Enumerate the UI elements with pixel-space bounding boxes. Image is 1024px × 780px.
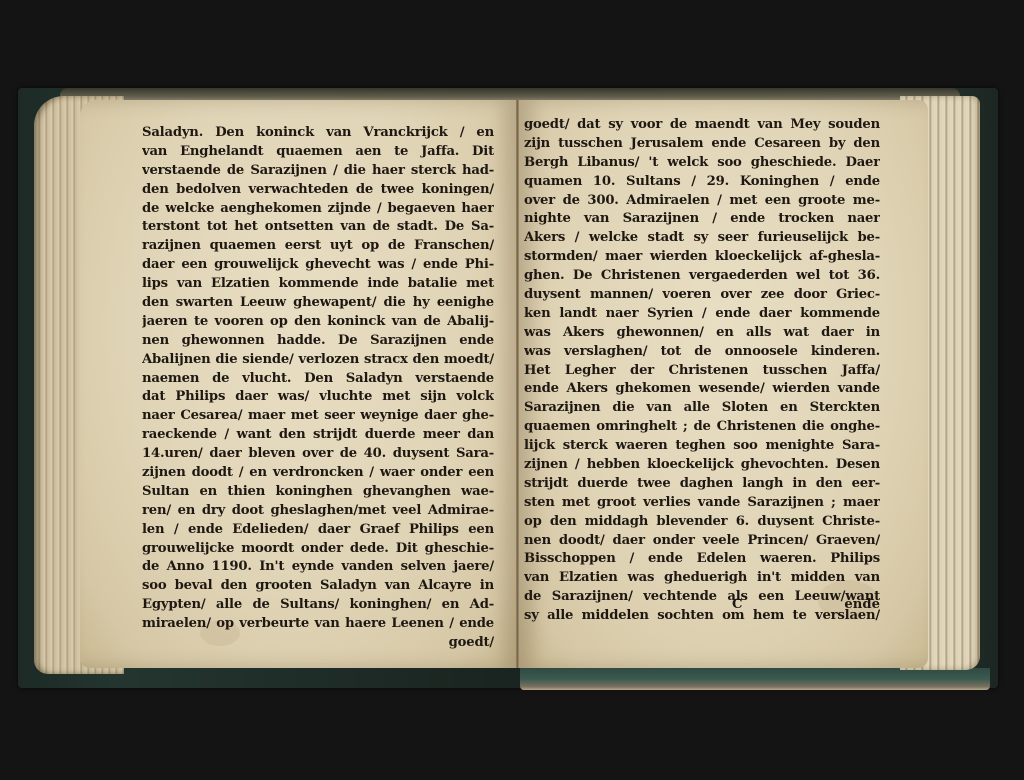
text-line: jaeren te vooren op den koninck van de A… xyxy=(142,313,494,332)
text-line: ende Akers ghekomen wesende/ wierden van… xyxy=(524,380,880,399)
text-line: nen doodt/ daer onder veele Princen/ Gra… xyxy=(524,532,880,551)
book-photo: Saladyn. Den koninck van Vranckrijck / e… xyxy=(0,0,1024,780)
text-line: Bergh Libanus/ 't welck soo gheschiede. … xyxy=(524,154,880,173)
text-line: Egypten/ alle de Sultans/ koninghen/ en … xyxy=(142,596,494,615)
book-gutter xyxy=(516,100,519,668)
text-line: zijnen / hebben kloeckelijck ghevochten.… xyxy=(524,456,880,475)
text-line: goedt/ dat sy voor de maendt van Mey sou… xyxy=(524,116,880,135)
text-line: Saladyn. Den koninck van Vranckrijck / e… xyxy=(142,124,494,143)
text-line: zijn tusschen Jerusalem ende Cesareen by… xyxy=(524,135,880,154)
text-line: Sarazijnen die van alle Sloten en Sterck… xyxy=(524,399,880,418)
text-line: de Anno 1190. In't eynde vanden selven j… xyxy=(142,558,494,577)
right-page-text: goedt/ dat sy voor de maendt van Mey sou… xyxy=(524,116,880,626)
text-line: len / ende Edelieden/ daer Graef Philips… xyxy=(142,521,494,540)
text-line: was Akers ghewonnen/ en alls wat daer in xyxy=(524,324,880,343)
text-line: quamen 10. Sultans / 29. Koninghen / end… xyxy=(524,173,880,192)
text-line: Abalijnen die siende/ verlozen stracx de… xyxy=(142,351,494,370)
text-line: lijck sterck waeren teghen soo menighte … xyxy=(524,437,880,456)
text-line: grouwelijcke moordt onder dede. Dit ghes… xyxy=(142,540,494,559)
text-line: raeckende / want den strijdt duerde meer… xyxy=(142,426,494,445)
text-line: ren/ en dry doot gheslaghen/met veel Adm… xyxy=(142,502,494,521)
text-line: lips van Elzatien kommende inde batalie … xyxy=(142,275,494,294)
text-line: van Elzatien was gheduerigh in't midden … xyxy=(524,569,880,588)
text-line: terstont tot het ontsetten van de stadt.… xyxy=(142,218,494,237)
text-line: naemen de vlucht. Den Saladyn verstaende xyxy=(142,370,494,389)
signature-mark: C xyxy=(732,597,743,612)
text-line: daer een grouwelijck ghevecht was / ende… xyxy=(142,256,494,275)
text-line: miraelen/ op verbeurte van haere Leenen … xyxy=(142,615,494,634)
catchword: goedt/ xyxy=(142,634,494,653)
text-line: zijnen doodt / en verdroncken / waer ond… xyxy=(142,464,494,483)
right-page-footer: C ende xyxy=(524,597,880,617)
text-line: den bedolven verwachteden de twee koning… xyxy=(142,181,494,200)
text-line: naer Cesarea/ maer met seer weynige daer… xyxy=(142,407,494,426)
text-line: de welcke aenghekomen zijnde / begaeven … xyxy=(142,200,494,219)
text-line: soo beval den grooten Saladyn van Alcayr… xyxy=(142,577,494,596)
text-line: nen ghewonnen hadde. De Sarazijnen ende xyxy=(142,332,494,351)
text-line: dat Philips daer was/ vluchte met sijn v… xyxy=(142,388,494,407)
text-line: den swarten Leeuw ghewapent/ die hy eeni… xyxy=(142,294,494,313)
text-line: 14.uren/ daer bleven over de 40. duysent… xyxy=(142,445,494,464)
text-line: razijnen quaemen eerst uyt op de Fransch… xyxy=(142,237,494,256)
text-line: op den middagh blevender 6. duysent Chri… xyxy=(524,513,880,532)
left-page-text: Saladyn. Den koninck van Vranckrijck / e… xyxy=(142,124,494,653)
text-line: verstaende de Sarazijnen / die haer ster… xyxy=(142,162,494,181)
cover-bottom-edge xyxy=(520,668,990,690)
catchword: ende xyxy=(844,597,880,612)
text-line: Akers / welcke stadt sy seer furieuselij… xyxy=(524,229,880,248)
text-line: sten met groot verlies vande Sarazijnen … xyxy=(524,494,880,513)
text-line: quaemen omringhelt ; de Christenen die o… xyxy=(524,418,880,437)
text-line: Sultan en thien koninghen ghevanghen wae… xyxy=(142,483,494,502)
text-line: ken landt naer Syrien / ende daer kommen… xyxy=(524,305,880,324)
text-line: Bisschoppen / ende Edelen waeren. Philip… xyxy=(524,550,880,569)
text-line: Het Legher der Christenen tusschen Jaffa… xyxy=(524,362,880,381)
text-line: strijdt duerde twee daghen langh in den … xyxy=(524,475,880,494)
text-line: stormden/ maer wierden kloeckelijck af-g… xyxy=(524,248,880,267)
text-line: ghen. De Christenen vergaederden wel tot… xyxy=(524,267,880,286)
text-line: was verslaghen/ tot de onnoosele kindere… xyxy=(524,343,880,362)
text-line: over de 300. Admiraelen / met een groote… xyxy=(524,192,880,211)
text-line: duysent mannen/ voeren over zee door Gri… xyxy=(524,286,880,305)
text-line: van Enghelandt quaemen aen te Jaffa. Dit xyxy=(142,143,494,162)
text-line: nighte van Sarazijnen / ende trocken nae… xyxy=(524,210,880,229)
